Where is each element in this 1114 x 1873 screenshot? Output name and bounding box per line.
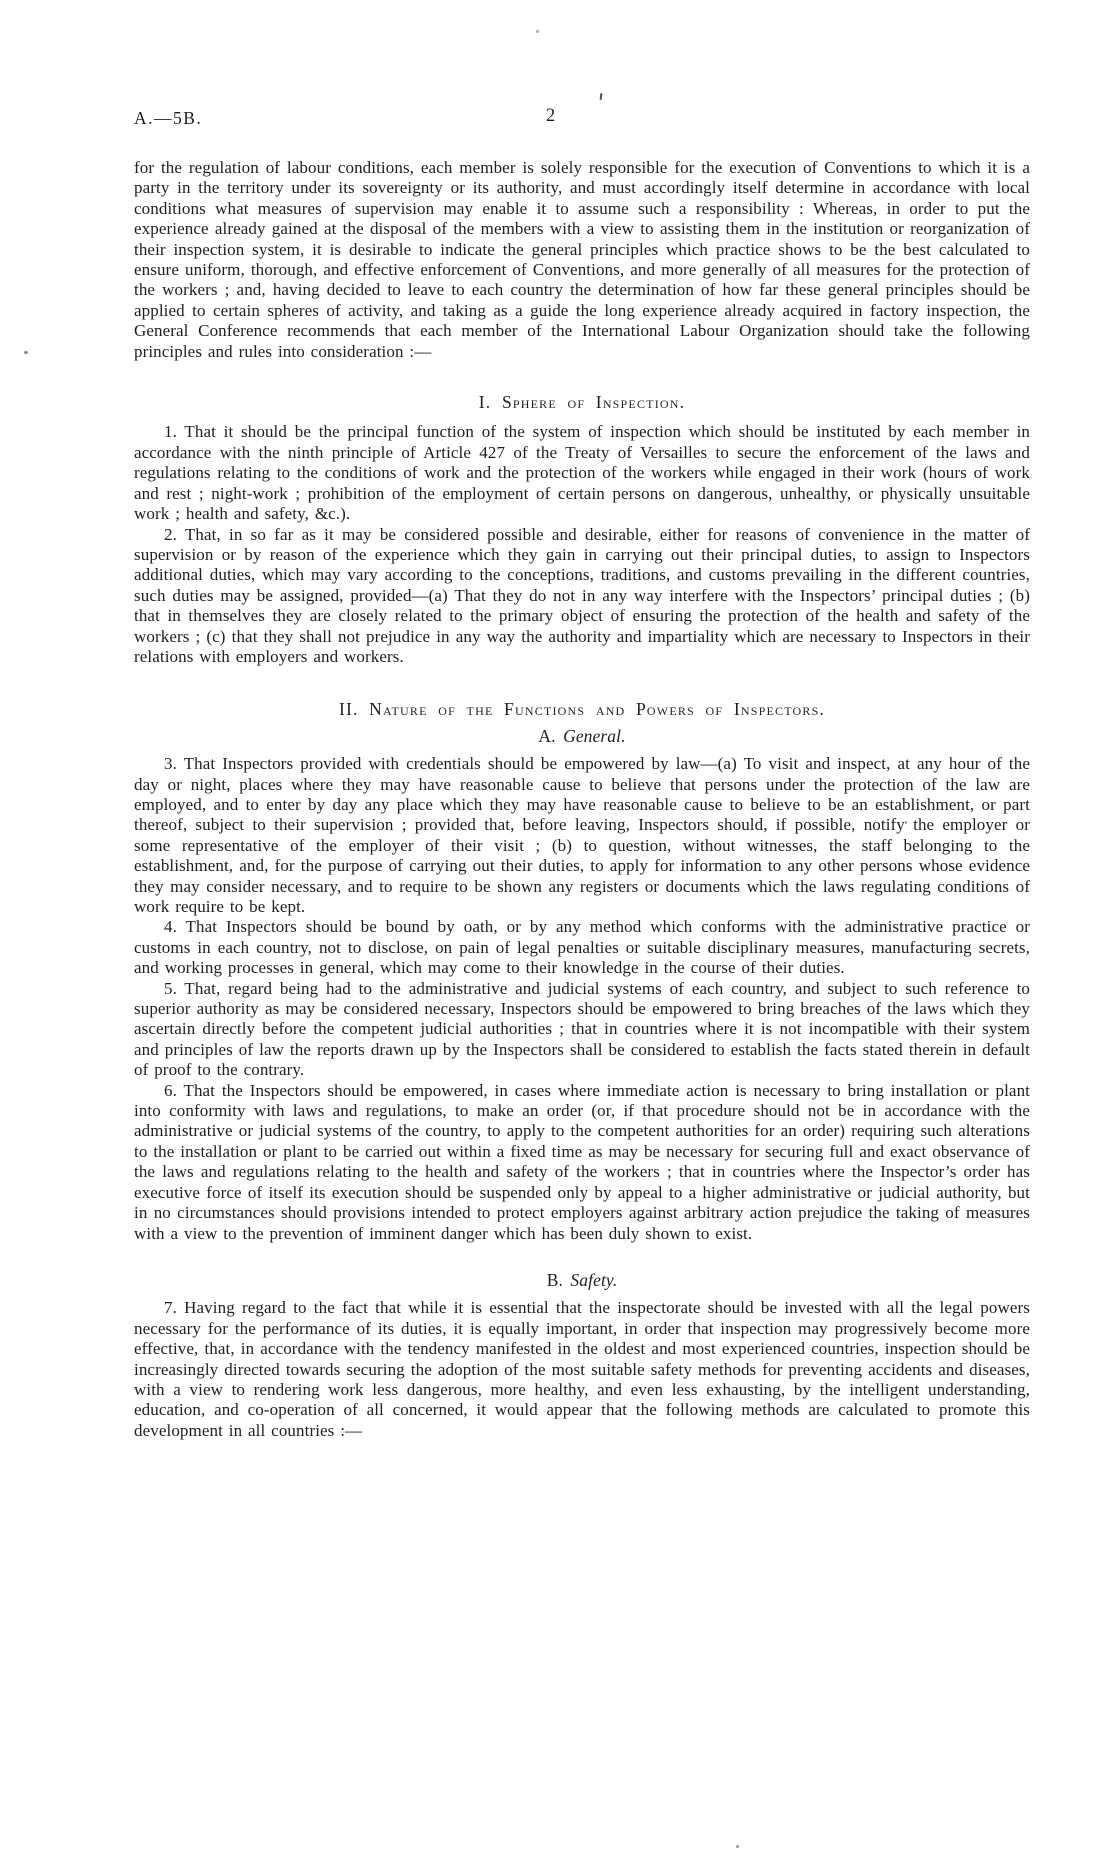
page-number: 2 [546,106,555,127]
paragraph-1: 1. That it should be the principal funct… [134,422,1030,524]
subsection-label: A. [538,726,555,746]
section-heading-sphere-of-inspection: I. Sphere of Inspection. [134,392,1030,412]
subsection-heading-safety: B. Safety. [134,1270,1030,1290]
paragraph-4: 4. That Inspectors should be bound by oa… [134,917,1030,978]
subsection-title: General. [563,726,626,746]
page-header: A.—5B. 2 [134,106,1030,130]
subsection-heading-general: A. General. [134,726,1030,746]
paragraph-6: 6. That the Inspectors should be empower… [134,1081,1030,1244]
doc-reference: A.—5B. [134,108,202,129]
paragraph-3: 3. That Inspectors provided with credent… [134,754,1030,917]
scan-speck [736,1845,739,1848]
scan-speck [600,93,603,100]
paragraph-7: 7. Having regard to the fact that while … [134,1298,1030,1441]
section-heading-functions-and-powers: II. Nature of the Functions and Powers o… [134,699,1030,719]
paragraph-5: 5. That, regard being had to the adminis… [134,979,1030,1081]
subsection-label: B. [547,1270,563,1290]
intro-paragraph: for the regulation of labour conditions,… [134,158,1030,362]
paragraph-2: 2. That, in so far as it may be consider… [134,525,1030,668]
document-body: for the regulation of labour conditions,… [134,158,1030,1441]
document-page: A.—5B. 2 for the regulation of labour co… [0,0,1114,1873]
scan-speck [24,351,28,354]
scan-speck [536,30,539,33]
subsection-title: Safety. [570,1270,617,1290]
